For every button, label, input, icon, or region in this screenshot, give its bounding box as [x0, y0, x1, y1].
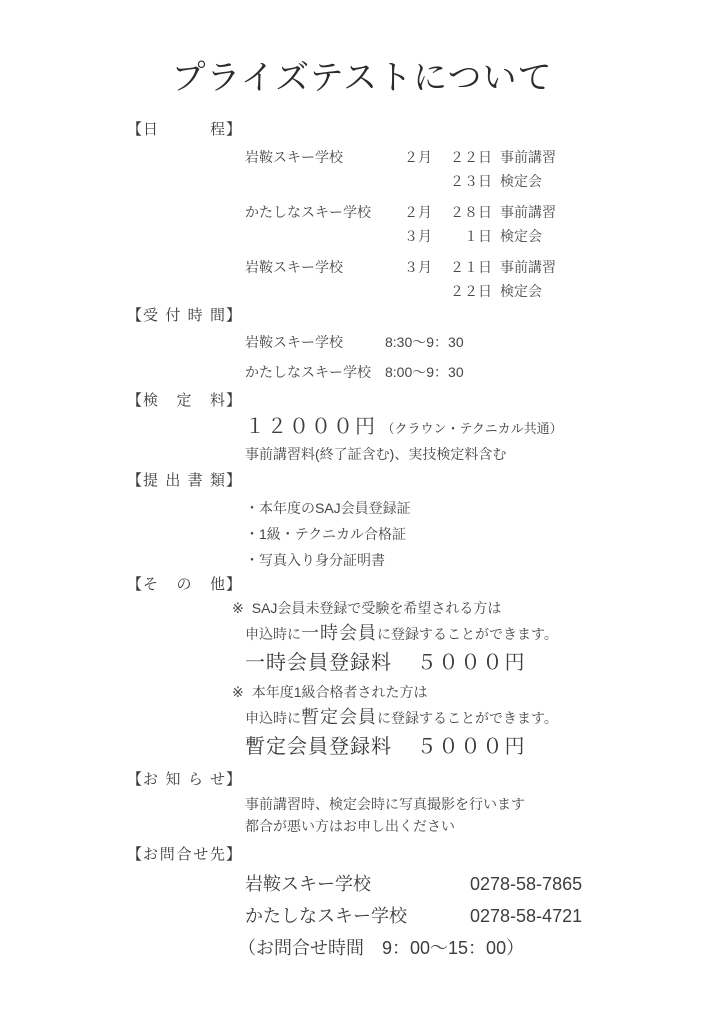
bracket-close: 】: [226, 305, 241, 326]
session-day: ２１日: [444, 255, 492, 279]
reception-heading-label: 受付時間: [143, 305, 225, 326]
section-contact: 【 お問合せ先 】 岩鞍スキー学校 0278-58-7865 かたしなスキー学校…: [0, 844, 724, 964]
bracket-open: 【: [127, 769, 142, 790]
membership-fee-amount: ５０００円: [417, 736, 527, 758]
contact-heading-label: お問合せ先: [143, 844, 225, 865]
reception-row: 岩鞍スキー学校 8:30～9：30: [245, 331, 724, 353]
schedule-entry: かたしなスキー学校 ２月 ２８日 事前講習 ３月 １日 検定会: [245, 200, 724, 248]
session-month: ３月: [404, 224, 434, 248]
reference-mark: ※: [232, 681, 244, 703]
section-fee: 【 検定料 】 １２０００円 （クラウン・テクニカル共通） 事前講習料(終了証含…: [0, 390, 724, 465]
notice-line: 都合が悪い方はお申し出ください: [245, 815, 724, 837]
fee-amount: １２０００円: [245, 416, 377, 438]
session-row: ３月 ２１日 事前講習: [404, 255, 556, 279]
school-name: かたしなスキー学校: [245, 900, 470, 932]
bracket-open: 【: [127, 844, 142, 865]
contact-row: かたしなスキー学校 0278-58-4721: [245, 900, 724, 932]
membership-type-emphasis: 一時会員: [301, 623, 377, 643]
school-name: かたしなスキー学校: [245, 200, 404, 248]
fee-heading: 【 検定料 】: [127, 390, 724, 411]
contact-row: 岩鞍スキー学校 0278-58-7865: [245, 868, 724, 900]
session-day: ２３日: [444, 169, 492, 193]
session-list: ３月 ２１日 事前講習 ２２日 検定会: [404, 255, 556, 303]
page-title: プライズテストについて: [0, 0, 724, 100]
reception-time: 8:00～9：30: [385, 361, 464, 383]
membership-fee-label: 暫定会員登録料: [245, 736, 392, 758]
session-month: [404, 279, 434, 303]
membership-fee-line: 暫定会員登録料 ５０００円: [245, 732, 724, 762]
reception-row: かたしなスキー学校 8:00～9：30: [245, 361, 724, 383]
fee-heading-label: 検定料: [143, 390, 225, 411]
session-list: ２月 ２２日 事前講習 ２３日 検定会: [404, 145, 556, 193]
session-month: ２月: [404, 200, 434, 224]
other-heading: 【 その他 】: [127, 574, 724, 595]
bracket-close: 】: [226, 470, 241, 491]
bracket-open: 【: [127, 119, 142, 140]
reference-mark: ※: [232, 597, 244, 619]
membership-fee-label: 一時会員登録料: [245, 652, 392, 674]
other-note-line: ※ 本年度1級合格者された方は: [232, 681, 724, 703]
contact-hours: （お問合せ時間 9：00～15：00）: [238, 932, 724, 964]
other-note-prefix: 申込時に: [245, 626, 301, 642]
section-other: 【 その他 】 ※ SAJ会員未登録で受験を希望される方は 申込時に一時会員に登…: [0, 574, 724, 762]
other-note-prefix: 申込時に: [245, 710, 301, 726]
bracket-open: 【: [127, 574, 142, 595]
document-item: ・写真入り身分証明書: [245, 547, 724, 573]
session-row: ２２日 検定会: [404, 279, 556, 303]
school-name: かたしなスキー学校: [245, 361, 385, 383]
schedule-entry: 岩鞍スキー学校 ３月 ２１日 事前講習 ２２日 検定会: [245, 255, 724, 303]
other-note-line: 申込時に暫定会員に登録することができます。: [245, 703, 724, 732]
session-list: ２月 ２８日 事前講習 ３月 １日 検定会: [404, 200, 556, 248]
session-label: 検定会: [500, 169, 542, 193]
session-label: 事前講習: [500, 145, 556, 169]
documents-heading-label: 提出書類: [143, 470, 225, 491]
notice-heading: 【 お知らせ 】: [127, 769, 724, 790]
session-row: ２月 ２８日 事前講習: [404, 200, 556, 224]
reception-time: 8:30～9：30: [385, 331, 464, 353]
section-reception: 【 受付時間 】 岩鞍スキー学校 8:30～9：30 かたしなスキー学校 8:0…: [0, 305, 724, 383]
session-day: ２２日: [444, 145, 492, 169]
session-day: ２８日: [444, 200, 492, 224]
other-note-line: ※ SAJ会員未登録で受験を希望される方は: [232, 597, 724, 619]
bracket-close: 】: [226, 119, 241, 140]
document-page: プライズテストについて 【 日程 】 岩鞍スキー学校 ２月 ２２日 事前講習 ２…: [0, 0, 724, 1024]
bracket-close: 】: [226, 574, 241, 595]
membership-type-emphasis: 暫定会員: [301, 707, 377, 727]
session-row: ２３日 検定会: [404, 169, 556, 193]
session-label: 事前講習: [500, 200, 556, 224]
other-note-suffix: に登録することができます。: [377, 626, 558, 642]
session-label: 事前講習: [500, 255, 556, 279]
session-row: ３月 １日 検定会: [404, 224, 556, 248]
schedule-heading-label: 日程: [143, 119, 225, 140]
bracket-open: 【: [127, 390, 142, 411]
section-notice: 【 お知らせ 】 事前講習時、検定会時に写真撮影を行います 都合が悪い方はお申し…: [0, 769, 724, 837]
phone-number: 0278-58-7865: [470, 868, 582, 900]
session-label: 検定会: [500, 224, 542, 248]
other-note-suffix: に登録することができます。: [377, 710, 558, 726]
school-name: 岩鞍スキー学校: [245, 145, 404, 193]
session-month: ３月: [404, 255, 434, 279]
membership-fee-line: 一時会員登録料 ５０００円: [245, 648, 724, 678]
membership-fee-amount: ５０００円: [417, 652, 527, 674]
section-schedule: 【 日程 】 岩鞍スキー学校 ２月 ２２日 事前講習 ２３日 検定会 かたしなス…: [0, 119, 724, 303]
contact-heading: 【 お問合せ先 】: [127, 844, 724, 865]
fee-amount-note: （クラウン・テクニカル共通）: [381, 421, 562, 436]
session-month: ２月: [404, 145, 434, 169]
bracket-close: 】: [226, 390, 241, 411]
documents-heading: 【 提出書類 】: [127, 470, 724, 491]
document-item: ・本年度のSAJ会員登録証: [245, 495, 724, 521]
fee-amount-line: １２０００円 （クラウン・テクニカル共通）: [245, 413, 724, 443]
bracket-close: 】: [226, 844, 241, 865]
section-documents: 【 提出書類 】 ・本年度のSAJ会員登録証 ・1級・テクニカル合格証 ・写真入…: [0, 470, 724, 573]
bracket-open: 【: [127, 305, 142, 326]
schedule-entry: 岩鞍スキー学校 ２月 ２２日 事前講習 ２３日 検定会: [245, 145, 724, 193]
bracket-open: 【: [127, 470, 142, 491]
bracket-close: 】: [226, 769, 241, 790]
session-day: ２２日: [444, 279, 492, 303]
phone-number: 0278-58-4721: [470, 900, 582, 932]
school-name: 岩鞍スキー学校: [245, 868, 470, 900]
school-name: 岩鞍スキー学校: [245, 331, 385, 353]
other-note-text: SAJ会員未登録で受験を希望される方は: [252, 597, 502, 619]
fee-detail: 事前講習料(終了証含む)、実技検定料含む: [245, 443, 724, 465]
notice-heading-label: お知らせ: [143, 769, 225, 790]
document-item: ・1級・テクニカル合格証: [245, 521, 724, 547]
notice-line: 事前講習時、検定会時に写真撮影を行います: [245, 793, 724, 815]
session-month: [404, 169, 434, 193]
schedule-heading: 【 日程 】: [127, 119, 724, 140]
reception-heading: 【 受付時間 】: [127, 305, 724, 326]
other-heading-label: その他: [143, 574, 225, 595]
session-label: 検定会: [500, 279, 542, 303]
other-note-line: 申込時に一時会員に登録することができます。: [245, 619, 724, 648]
school-name: 岩鞍スキー学校: [245, 255, 404, 303]
other-note-text: 本年度1級合格者された方は: [252, 681, 428, 703]
session-day: １日: [444, 224, 492, 248]
session-row: ２月 ２２日 事前講習: [404, 145, 556, 169]
